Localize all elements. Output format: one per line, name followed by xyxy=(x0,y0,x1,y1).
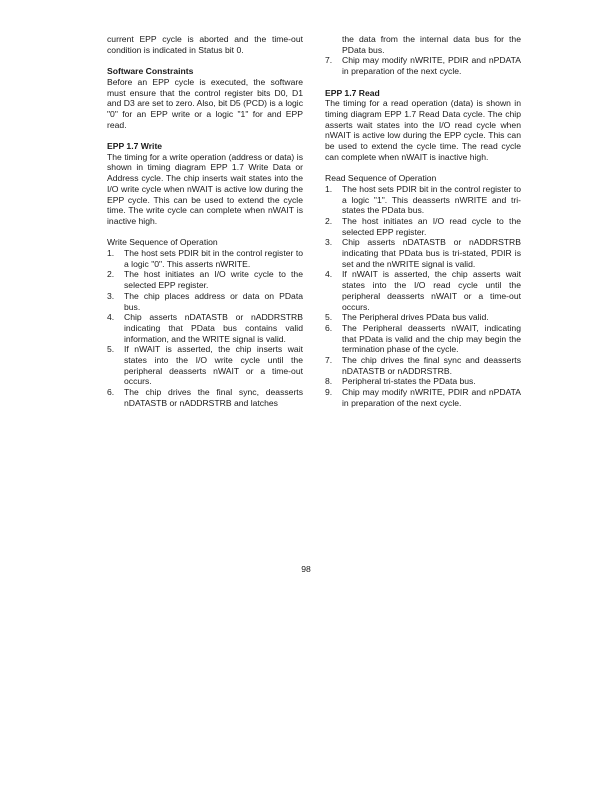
list-item: 4.Chip asserts nDATASTB or nADDRSTRB ind… xyxy=(107,312,303,344)
step-number: 6. xyxy=(107,387,114,398)
list-item: 5.The Peripheral drives PData bus valid. xyxy=(325,312,521,323)
list-item: 8.Peripheral tri-states the PData bus. xyxy=(325,376,521,387)
write-sequence-list-continued: 7.Chip may modify nWRITE, PDIR and nPDAT… xyxy=(325,55,521,76)
step-number: 1. xyxy=(107,248,114,259)
software-constraints-body: Before an EPP cycle is executed, the sof… xyxy=(107,77,303,131)
write-sequence-title: Write Sequence of Operation xyxy=(107,237,303,248)
step-text: Chip may modify nWRITE, PDIR and nPDATA … xyxy=(342,55,521,76)
step-text: The chip drives the final sync and deass… xyxy=(342,355,521,376)
step-number: 6. xyxy=(325,323,332,334)
list-item: 2.The host initiates an I/O write cycle … xyxy=(107,269,303,290)
list-item: 1.The host sets PDIR bit in the control … xyxy=(107,248,303,269)
intro-paragraph: current EPP cycle is aborted and the tim… xyxy=(107,34,303,55)
list-item: 7.Chip may modify nWRITE, PDIR and nPDAT… xyxy=(325,55,521,76)
step-text: Chip asserts nDATASTB or nADDRSTRB indic… xyxy=(124,312,303,343)
step-text: The host sets PDIR bit in the control re… xyxy=(342,184,521,215)
list-item: 6.The Peripheral deasserts nWAIT, indica… xyxy=(325,323,521,355)
step-text: The Peripheral deasserts nWAIT, indicati… xyxy=(342,323,521,354)
list-item: 7.The chip drives the final sync and dea… xyxy=(325,355,521,376)
step-text: The chip drives the final sync, deassert… xyxy=(124,387,303,408)
list-item: 5.If nWAIT is asserted, the chip inserts… xyxy=(107,344,303,387)
step-number: 9. xyxy=(325,387,332,398)
list-item: 3.The chip places address or data on PDa… xyxy=(107,291,303,312)
step-number: 3. xyxy=(107,291,114,302)
software-constraints-heading: Software Constraints xyxy=(107,66,303,77)
step-number: 7. xyxy=(325,55,332,66)
step-number: 5. xyxy=(325,312,332,323)
epp-write-heading: EPP 1.7 Write xyxy=(107,141,303,152)
list-item: 4.If nWAIT is asserted, the chip asserts… xyxy=(325,269,521,312)
page-number: 98 xyxy=(0,564,612,574)
step-text: The chip places address or data on PData… xyxy=(124,291,303,312)
read-sequence-list: 1.The host sets PDIR bit in the control … xyxy=(325,184,521,409)
step-text: Chip may modify nWRITE, PDIR and nPDATA … xyxy=(342,387,521,408)
step-text: The host initiates an I/O read cycle to … xyxy=(342,216,521,237)
step-number: 5. xyxy=(107,344,114,355)
read-sequence-title: Read Sequence of Operation xyxy=(325,173,521,184)
step-number: 2. xyxy=(107,269,114,280)
step-text: The host initiates an I/O write cycle to… xyxy=(124,269,303,290)
step-number: 1. xyxy=(325,184,332,195)
write-step6-continuation: the data from the internal data bus for … xyxy=(325,34,521,55)
epp-read-heading: EPP 1.7 Read xyxy=(325,88,521,99)
list-item: 1.The host sets PDIR bit in the control … xyxy=(325,184,521,216)
step-text: Chip asserts nDATASTB or nADDRSTRB indic… xyxy=(342,237,521,268)
list-item: 2.The host initiates an I/O read cycle t… xyxy=(325,216,521,237)
step-text: Peripheral tri-states the PData bus. xyxy=(342,376,476,386)
list-item: 3.Chip asserts nDATASTB or nADDRSTRB ind… xyxy=(325,237,521,269)
step-number: 8. xyxy=(325,376,332,387)
step-number: 2. xyxy=(325,216,332,227)
step-number: 3. xyxy=(325,237,332,248)
right-column: the data from the internal data bus for … xyxy=(325,34,521,409)
left-column: current EPP cycle is aborted and the tim… xyxy=(107,34,303,409)
step-text: The Peripheral drives PData bus valid. xyxy=(342,312,489,322)
list-item: 6.The chip drives the final sync, deasse… xyxy=(107,387,303,408)
list-item: 9.Chip may modify nWRITE, PDIR and nPDAT… xyxy=(325,387,521,408)
step-text: If nWAIT is asserted, the chip asserts w… xyxy=(342,269,521,311)
step-text: If nWAIT is asserted, the chip inserts w… xyxy=(124,344,303,386)
write-sequence-list: 1.The host sets PDIR bit in the control … xyxy=(107,248,303,409)
epp-read-body: The timing for a read operation (data) i… xyxy=(325,98,521,162)
step-number: 4. xyxy=(107,312,114,323)
step-number: 7. xyxy=(325,355,332,366)
step-text: The host sets PDIR bit in the control re… xyxy=(124,248,303,269)
epp-write-body: The timing for a write operation (addres… xyxy=(107,152,303,227)
step-number: 4. xyxy=(325,269,332,280)
